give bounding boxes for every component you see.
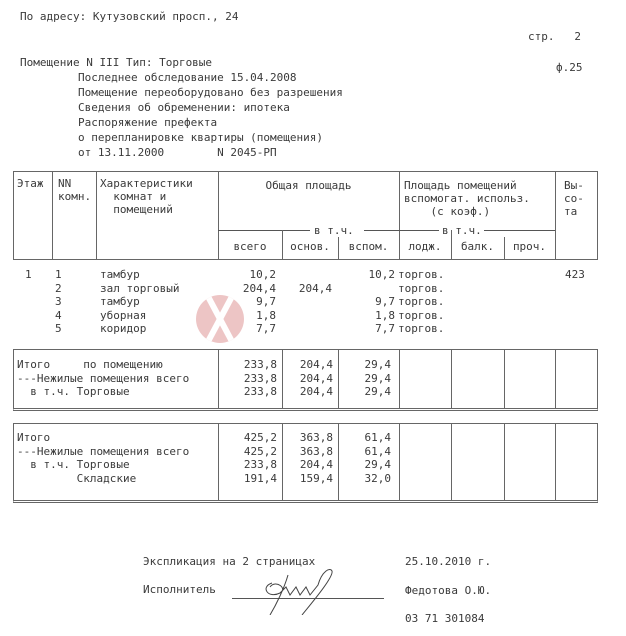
address: По адресу: Кутузовский просп., 24: [20, 10, 239, 24]
cell-purpose: торгов.: [398, 282, 444, 295]
col-incl2: в т.ч.: [442, 224, 482, 237]
cell-aux: 9,7: [338, 295, 395, 308]
premises-line: Помещение переоборудовано без разрешения: [78, 86, 343, 100]
total-all: 233,8: [219, 358, 277, 371]
signature-icon: [240, 565, 350, 615]
total-aux: 32,0: [339, 472, 391, 485]
col-other: проч.: [504, 240, 555, 253]
document-date: 25.10.2010 г.: [405, 555, 491, 569]
cell-room-no: 2: [55, 282, 62, 295]
cell-purpose: торгов.: [398, 295, 444, 308]
total-all: 233,8: [219, 372, 277, 385]
col-balcony: балк.: [451, 240, 504, 253]
total-label: в т.ч. Торговые: [17, 458, 130, 471]
total-aux: 29,4: [339, 358, 391, 371]
cell-total: 7,7: [218, 322, 276, 335]
total-label: Складские: [17, 472, 136, 485]
total-main: 204,4: [283, 372, 333, 385]
total-label: Итого по помещению: [17, 358, 163, 371]
cell-aux: 7,7: [338, 322, 395, 335]
col-main: основ.: [282, 240, 338, 253]
premises-line: Сведения об обременении: ипотека: [78, 101, 290, 115]
total-label: ---Нежилые помещения всего: [17, 372, 189, 385]
cell-room-name: зал торговый: [100, 282, 179, 295]
total-main: 363,8: [283, 445, 333, 458]
total-main: 204,4: [283, 385, 333, 398]
cell-room-name: уборная: [100, 309, 146, 322]
total-aux: 61,4: [339, 445, 391, 458]
executor-label: Исполнитель: [143, 583, 216, 597]
col-total-area: Общая площадь: [218, 179, 399, 192]
cell-total: 10,2: [218, 268, 276, 281]
form-number: ф.25: [556, 61, 583, 75]
col-room-no: NN комн.: [58, 177, 91, 203]
col-height: Вы- со- та: [564, 179, 584, 218]
cell-aux: 1,8: [338, 309, 395, 322]
col-floor: Этаж: [17, 177, 44, 190]
total-main: 204,4: [283, 358, 333, 371]
premises-line: от 13.11.2000 N 2045-РП: [78, 146, 277, 160]
col-characteristics: Характеристики комнат и помещений: [100, 177, 193, 216]
cell-purpose: торгов.: [398, 309, 444, 322]
cell-main: 204,4: [282, 282, 332, 295]
cell-floor: 1: [25, 268, 32, 281]
cell-purpose: торгов.: [398, 322, 444, 335]
premises-line: о перепланировке квартиры (помещения): [78, 131, 323, 145]
cell-aux: 10,2: [338, 268, 395, 281]
total-aux: 29,4: [339, 458, 391, 471]
cell-room-no: 5: [55, 322, 62, 335]
cell-total: 9,7: [218, 295, 276, 308]
cell-room-name: тамбур: [100, 295, 140, 308]
col-total: всего: [218, 240, 282, 253]
total-label: в т.ч. Торговые: [17, 385, 130, 398]
col-loggia: лодж.: [399, 240, 451, 253]
cell-room-no: 4: [55, 309, 62, 322]
total-main: 363,8: [283, 431, 333, 444]
col-aux-area: Площадь помещений вспомогат. использ. (с…: [404, 179, 530, 218]
total-all: 425,2: [219, 431, 277, 444]
cell-room-no: 1: [55, 268, 62, 281]
total-box: Итого425,2363,861,4---Нежилые помещения …: [13, 423, 598, 503]
cell-room-no: 3: [55, 295, 62, 308]
total-aux: 61,4: [339, 431, 391, 444]
total-label: Итого: [17, 431, 50, 444]
cell-height: 423: [565, 268, 585, 281]
premises-title: Помещение N III Тип: Торговые: [20, 56, 212, 70]
total-all: 425,2: [219, 445, 277, 458]
cell-room-name: тамбур: [100, 268, 140, 281]
cell-room-name: коридор: [100, 322, 146, 335]
total-aux: 29,4: [339, 385, 391, 398]
cell-purpose: торгов.: [398, 268, 444, 281]
cell-total: 204,4: [218, 282, 276, 295]
executor-name: Федотова О.Ю.: [405, 584, 491, 598]
total-main: 159,4: [283, 472, 333, 485]
col-aux: вспом.: [338, 240, 399, 253]
total-label: ---Нежилые помещения всего: [17, 445, 189, 458]
premises-line: Распоряжение префекта: [78, 116, 217, 130]
document-code: 03 71 301084: [405, 612, 484, 626]
total-aux: 29,4: [339, 372, 391, 385]
total-all: 191,4: [219, 472, 277, 485]
premises-line: Последнее обследование 15.04.2008: [78, 71, 297, 85]
table-header: Этаж NN комн. Характеристики комнат и по…: [13, 171, 598, 260]
total-all: 233,8: [219, 458, 277, 471]
total-main: 204,4: [283, 458, 333, 471]
subtotal-box: Итого по помещению233,8204,429,4---Нежил…: [13, 349, 598, 411]
col-incl: в т.ч.: [314, 224, 354, 237]
total-all: 233,8: [219, 385, 277, 398]
cell-total: 1,8: [218, 309, 276, 322]
page-number: стр. 2: [528, 30, 581, 44]
